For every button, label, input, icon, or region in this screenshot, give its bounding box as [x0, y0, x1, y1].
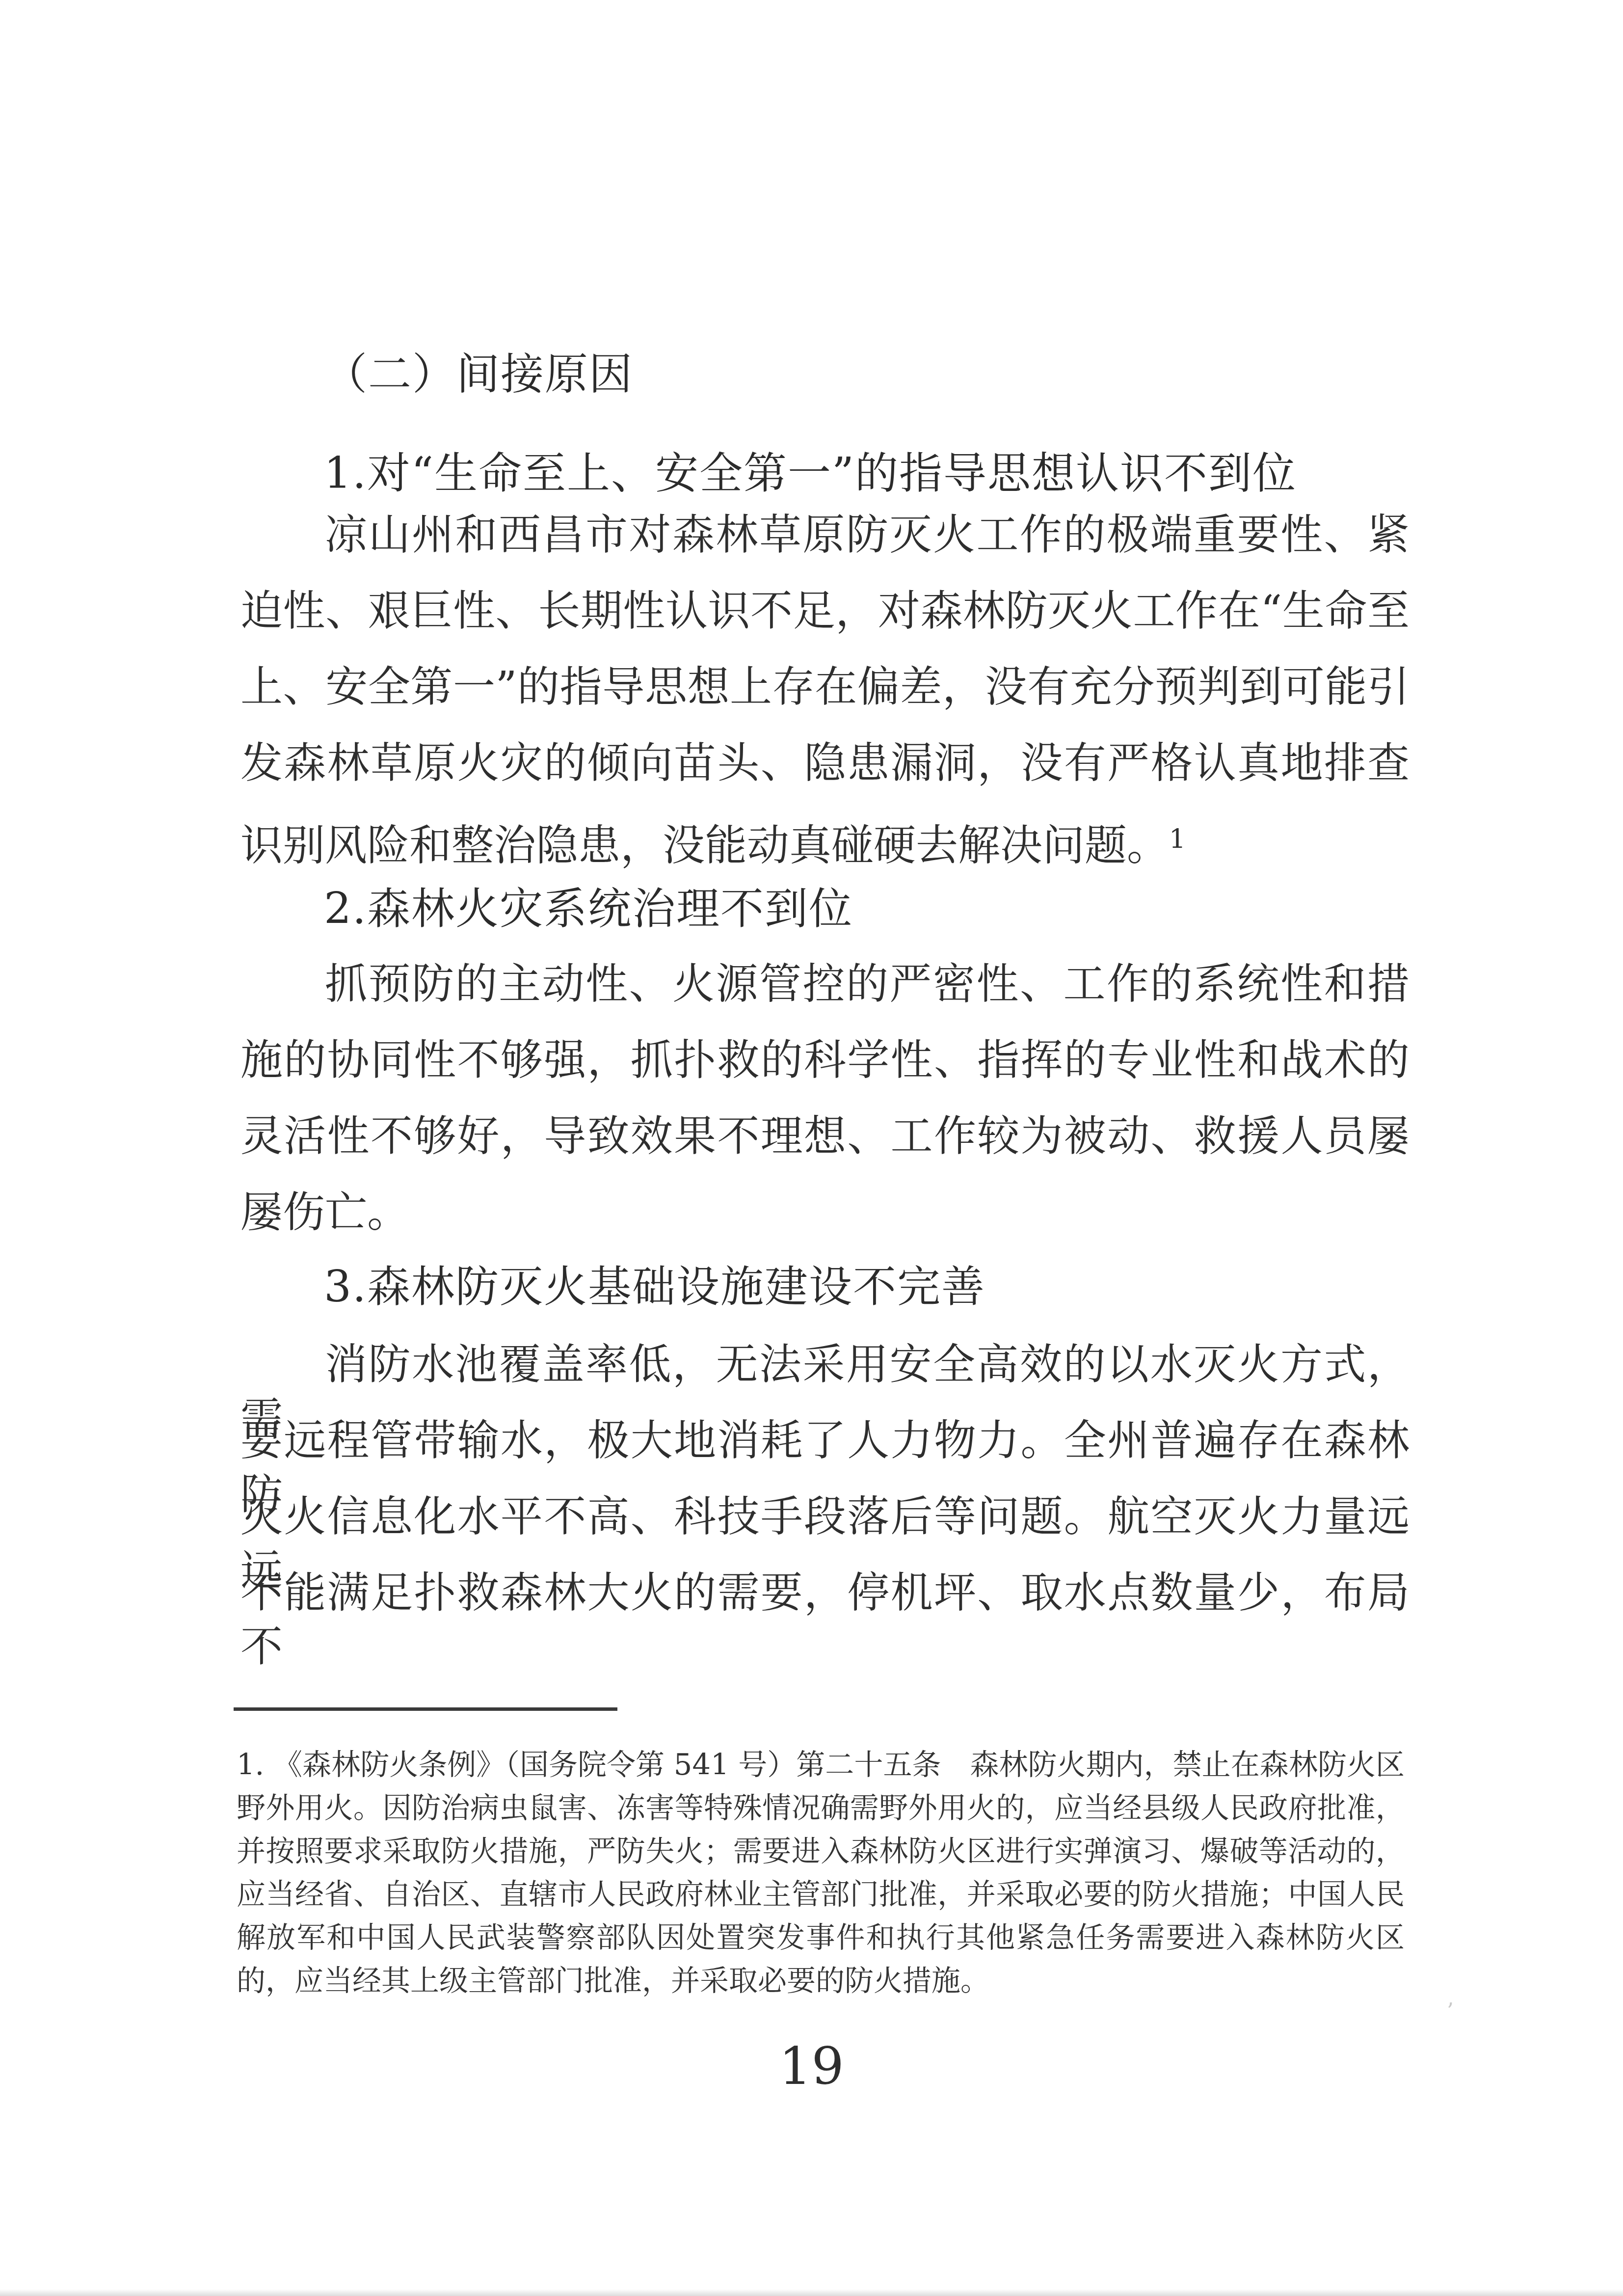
para2-line4: 屡伤亡。	[240, 1186, 1410, 1240]
footnote-line2: 野外用火。因防治病虫鼠害、冻害等特殊情况确需野外用火的，应当经县级人民政府批准，	[237, 1788, 1405, 1828]
para1-line1: 凉山州和西昌市对森林草原防灭火工作的极端重要性、紧	[240, 508, 1410, 562]
footnote-separator-rule	[234, 1707, 617, 1711]
scan-bottom-edge	[0, 2289, 1623, 2296]
subheading-1: 1.对“生命至上、安全第一”的指导思想认识不到位	[324, 446, 1297, 501]
para1-line5: 识别风险和整治隐患，没能动真碰硬去解决问题。1	[240, 812, 1410, 873]
section-heading: （二）间接原因	[324, 347, 633, 402]
page-number: 19	[0, 2036, 1623, 2096]
para1-line4: 发森林草原火灾的倾向苗头、隐患漏洞，没有严格认真地排查	[240, 736, 1410, 790]
para2-line2: 施的协同性不够强，抓扑救的科学性、指挥的专业性和战术的	[240, 1033, 1410, 1087]
para2-line1: 抓预防的主动性、火源管控的严密性、工作的系统性和措	[240, 957, 1410, 1011]
scan-artifact-mark: ’	[1447, 1999, 1454, 2024]
footnote-line6: 的，应当经其上级主管部门批准，并采取必要的防火措施。	[237, 1961, 1405, 2000]
para1-line5-text: 识别风险和整治隐患，没能动真碰硬去解决问题。	[240, 821, 1169, 870]
para2-line3: 灵活性不够好，导致效果不理想、工作较为被动、救援人员屡	[240, 1109, 1410, 1163]
footnote-line3: 并按照要求采取防火措施，严防失火；需要进入森林防火区进行实弹演习、爆破等活动的，	[237, 1832, 1405, 1871]
subheading-3: 3.森林防灭火基础设施建设不完善	[324, 1259, 985, 1314]
document-page: （二）间接原因 1.对“生命至上、安全第一”的指导思想认识不到位 凉山州和西昌市…	[0, 0, 1623, 2296]
footnote-line4: 应当经省、自治区、直辖市人民政府林业主管部门批准，并采取必要的防火措施；中国人民	[237, 1875, 1405, 1914]
para1-line3: 上、安全第一”的指导思想上存在偏差，没有充分预判到可能引	[240, 660, 1410, 714]
para3-line4: 不能满足扑救森林大火的需要，停机坪、取水点数量少，布局不	[240, 1566, 1410, 1674]
footnote-reference-marker: 1	[1169, 824, 1186, 855]
subheading-2: 2.森林火灾系统治理不到位	[324, 881, 853, 936]
footnote-line1: 1. 《森林防火条例》（国务院令第 541 号）第二十五条 森林防火期内，禁止在…	[237, 1745, 1405, 1784]
footnote-line5: 解放军和中国人民武装警察部队因处置突发事件和执行其他紧急任务需要进入森林防火区	[237, 1918, 1405, 1957]
para1-line2: 迫性、艰巨性、长期性认识不足，对森林防灭火工作在“生命至	[240, 584, 1410, 638]
